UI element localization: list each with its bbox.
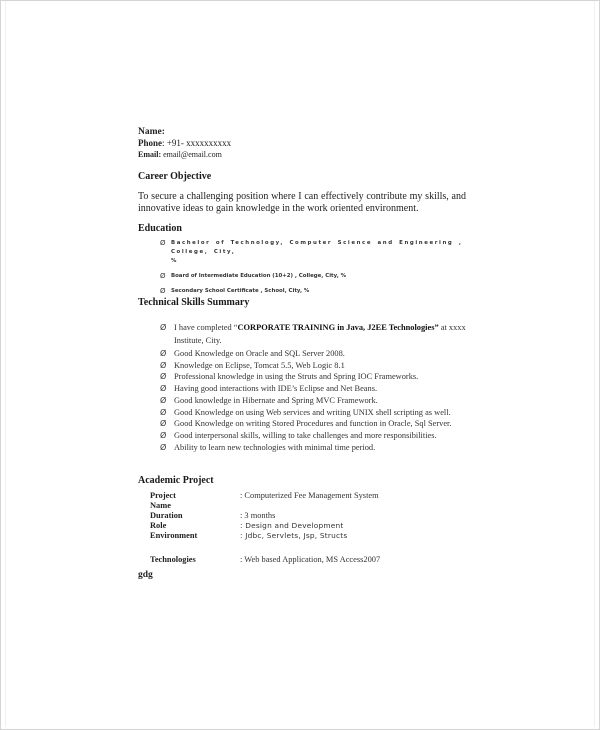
- skill-item: Ø Knowledge on Eclipse, Tomcat 5.5, Web …: [160, 360, 470, 372]
- email-line: Email: email@email.com: [138, 149, 468, 160]
- trailing-text: gdg: [138, 570, 153, 580]
- project-row-value: : 3 months: [240, 511, 275, 521]
- project-row-label: Duration: [150, 511, 240, 521]
- skill-item: Ø Good Knowledge on using Web services a…: [160, 407, 470, 419]
- phone-value: : +91- xxxxxxxxxx: [162, 138, 231, 148]
- bullet-icon: Ø: [160, 395, 166, 407]
- bullet-icon: Ø: [160, 287, 166, 296]
- contact-block: Name: Phone: +91- xxxxxxxxxx Email: emai…: [138, 127, 468, 160]
- skill-item-text: Good Knowledge on using Web services and…: [174, 408, 451, 417]
- bullet-icon: Ø: [160, 322, 166, 335]
- project-row-label: Role: [150, 521, 240, 531]
- bullet-icon: Ø: [160, 430, 166, 442]
- bullet-icon: Ø: [160, 348, 166, 360]
- project-row-value: : Computerized Fee Management System: [240, 491, 379, 511]
- skill-item-text: Knowledge on Eclipse, Tomcat 5.5, Web Lo…: [174, 361, 345, 370]
- project-row-label: Technologies: [150, 555, 240, 565]
- education-item-text: Bachelor of Technology, Computer Science…: [171, 240, 462, 255]
- education-item-text: Board of Intermediate Education (10+2) ,…: [171, 273, 346, 279]
- skill-item: Ø I have completed “CORPORATE TRAINING i…: [160, 322, 470, 347]
- skill-item-text: Good interpersonal skills, willing to ta…: [174, 431, 437, 440]
- project-row-label: Environment: [150, 531, 240, 541]
- project-row-value: : Web based Application, MS Access2007: [240, 555, 380, 565]
- skill-item-text: Good Knowledge on Oracle and SQL Server …: [174, 349, 345, 358]
- skill-item-text: Having good interactions with IDE’s Ecli…: [174, 384, 377, 393]
- skill-item: Ø Ability to learn new technologies with…: [160, 442, 470, 454]
- bullet-icon: Ø: [160, 383, 166, 395]
- education-list: Ø Bachelor of Technology, Computer Scien…: [160, 239, 466, 302]
- email-value: email@email.com: [161, 150, 222, 159]
- project-row-label: Project Name: [150, 491, 180, 511]
- name-label: Name:: [138, 127, 165, 137]
- email-label: Email:: [138, 150, 161, 159]
- education-item: Ø Bachelor of Technology, Computer Scien…: [160, 239, 466, 266]
- skill-item: Ø Good knowledge in Hibernate and Spring…: [160, 395, 470, 407]
- skill-item-prefix: I have completed “: [174, 323, 237, 332]
- bullet-icon: Ø: [160, 239, 167, 248]
- bullet-icon: Ø: [160, 442, 166, 454]
- education-item: Ø Secondary School Certificate , School,…: [160, 287, 466, 296]
- skill-item-text: Good knowledge in Hibernate and Spring M…: [174, 396, 378, 405]
- career-objective-text: To secure a challenging position where I…: [138, 191, 466, 214]
- project-details: Project Name : Computerized Fee Manageme…: [150, 491, 430, 565]
- skill-item-text: Good Knowledge on writing Stored Procedu…: [174, 419, 451, 428]
- skill-item: Ø Good interpersonal skills, willing to …: [160, 430, 470, 442]
- skill-item-text: Professional knowledge in using the Stru…: [174, 372, 418, 381]
- document-page: Name: Phone: +91- xxxxxxxxxx Email: emai…: [0, 0, 600, 730]
- skill-item: Ø Good Knowledge on Oracle and SQL Serve…: [160, 348, 470, 360]
- skill-item: Ø Professional knowledge in using the St…: [160, 371, 470, 383]
- project-row: Role : Design and Development: [150, 521, 430, 531]
- bullet-icon: Ø: [160, 360, 166, 372]
- skill-item-bold: CORPORATE TRAINING in Java, J2EE Technol…: [237, 323, 438, 332]
- skill-item: Ø Having good interactions with IDE’s Ec…: [160, 383, 470, 395]
- education-item-text: Secondary School Certificate , School, C…: [171, 288, 309, 294]
- project-row-value: : Design and Development: [240, 521, 344, 531]
- name-line: Name:: [138, 127, 468, 138]
- phone-label: Phone: [138, 138, 162, 148]
- project-row: Environment : Jdbc, Servlets, Jsp, Struc…: [150, 531, 430, 541]
- project-row: Technologies : Web based Application, MS…: [150, 555, 430, 565]
- technical-skills-heading: Technical Skills Summary: [138, 297, 249, 308]
- project-row: Project Name : Computerized Fee Manageme…: [150, 491, 430, 511]
- education-item: Ø Board of Intermediate Education (10+2)…: [160, 272, 466, 281]
- skills-list: Ø I have completed “CORPORATE TRAINING i…: [160, 322, 470, 453]
- skill-item-text: Ability to learn new technologies with m…: [174, 443, 375, 452]
- bullet-icon: Ø: [160, 407, 166, 419]
- project-row: Duration : 3 months: [150, 511, 430, 521]
- bullet-icon: Ø: [160, 272, 166, 281]
- education-item-extra: %: [171, 257, 466, 266]
- education-heading: Education: [138, 223, 182, 234]
- skill-item: Ø Good Knowledge on writing Stored Proce…: [160, 418, 470, 430]
- project-row-value: : Jdbc, Servlets, Jsp, Structs: [240, 531, 347, 541]
- resume-body: Name: Phone: +91- xxxxxxxxxx Email: emai…: [138, 127, 468, 160]
- phone-line: Phone: +91- xxxxxxxxxx: [138, 138, 468, 149]
- bullet-icon: Ø: [160, 371, 166, 383]
- academic-project-heading: Academic Project: [138, 475, 214, 486]
- career-objective-heading: Career Objective: [138, 171, 211, 182]
- bullet-icon: Ø: [160, 418, 166, 430]
